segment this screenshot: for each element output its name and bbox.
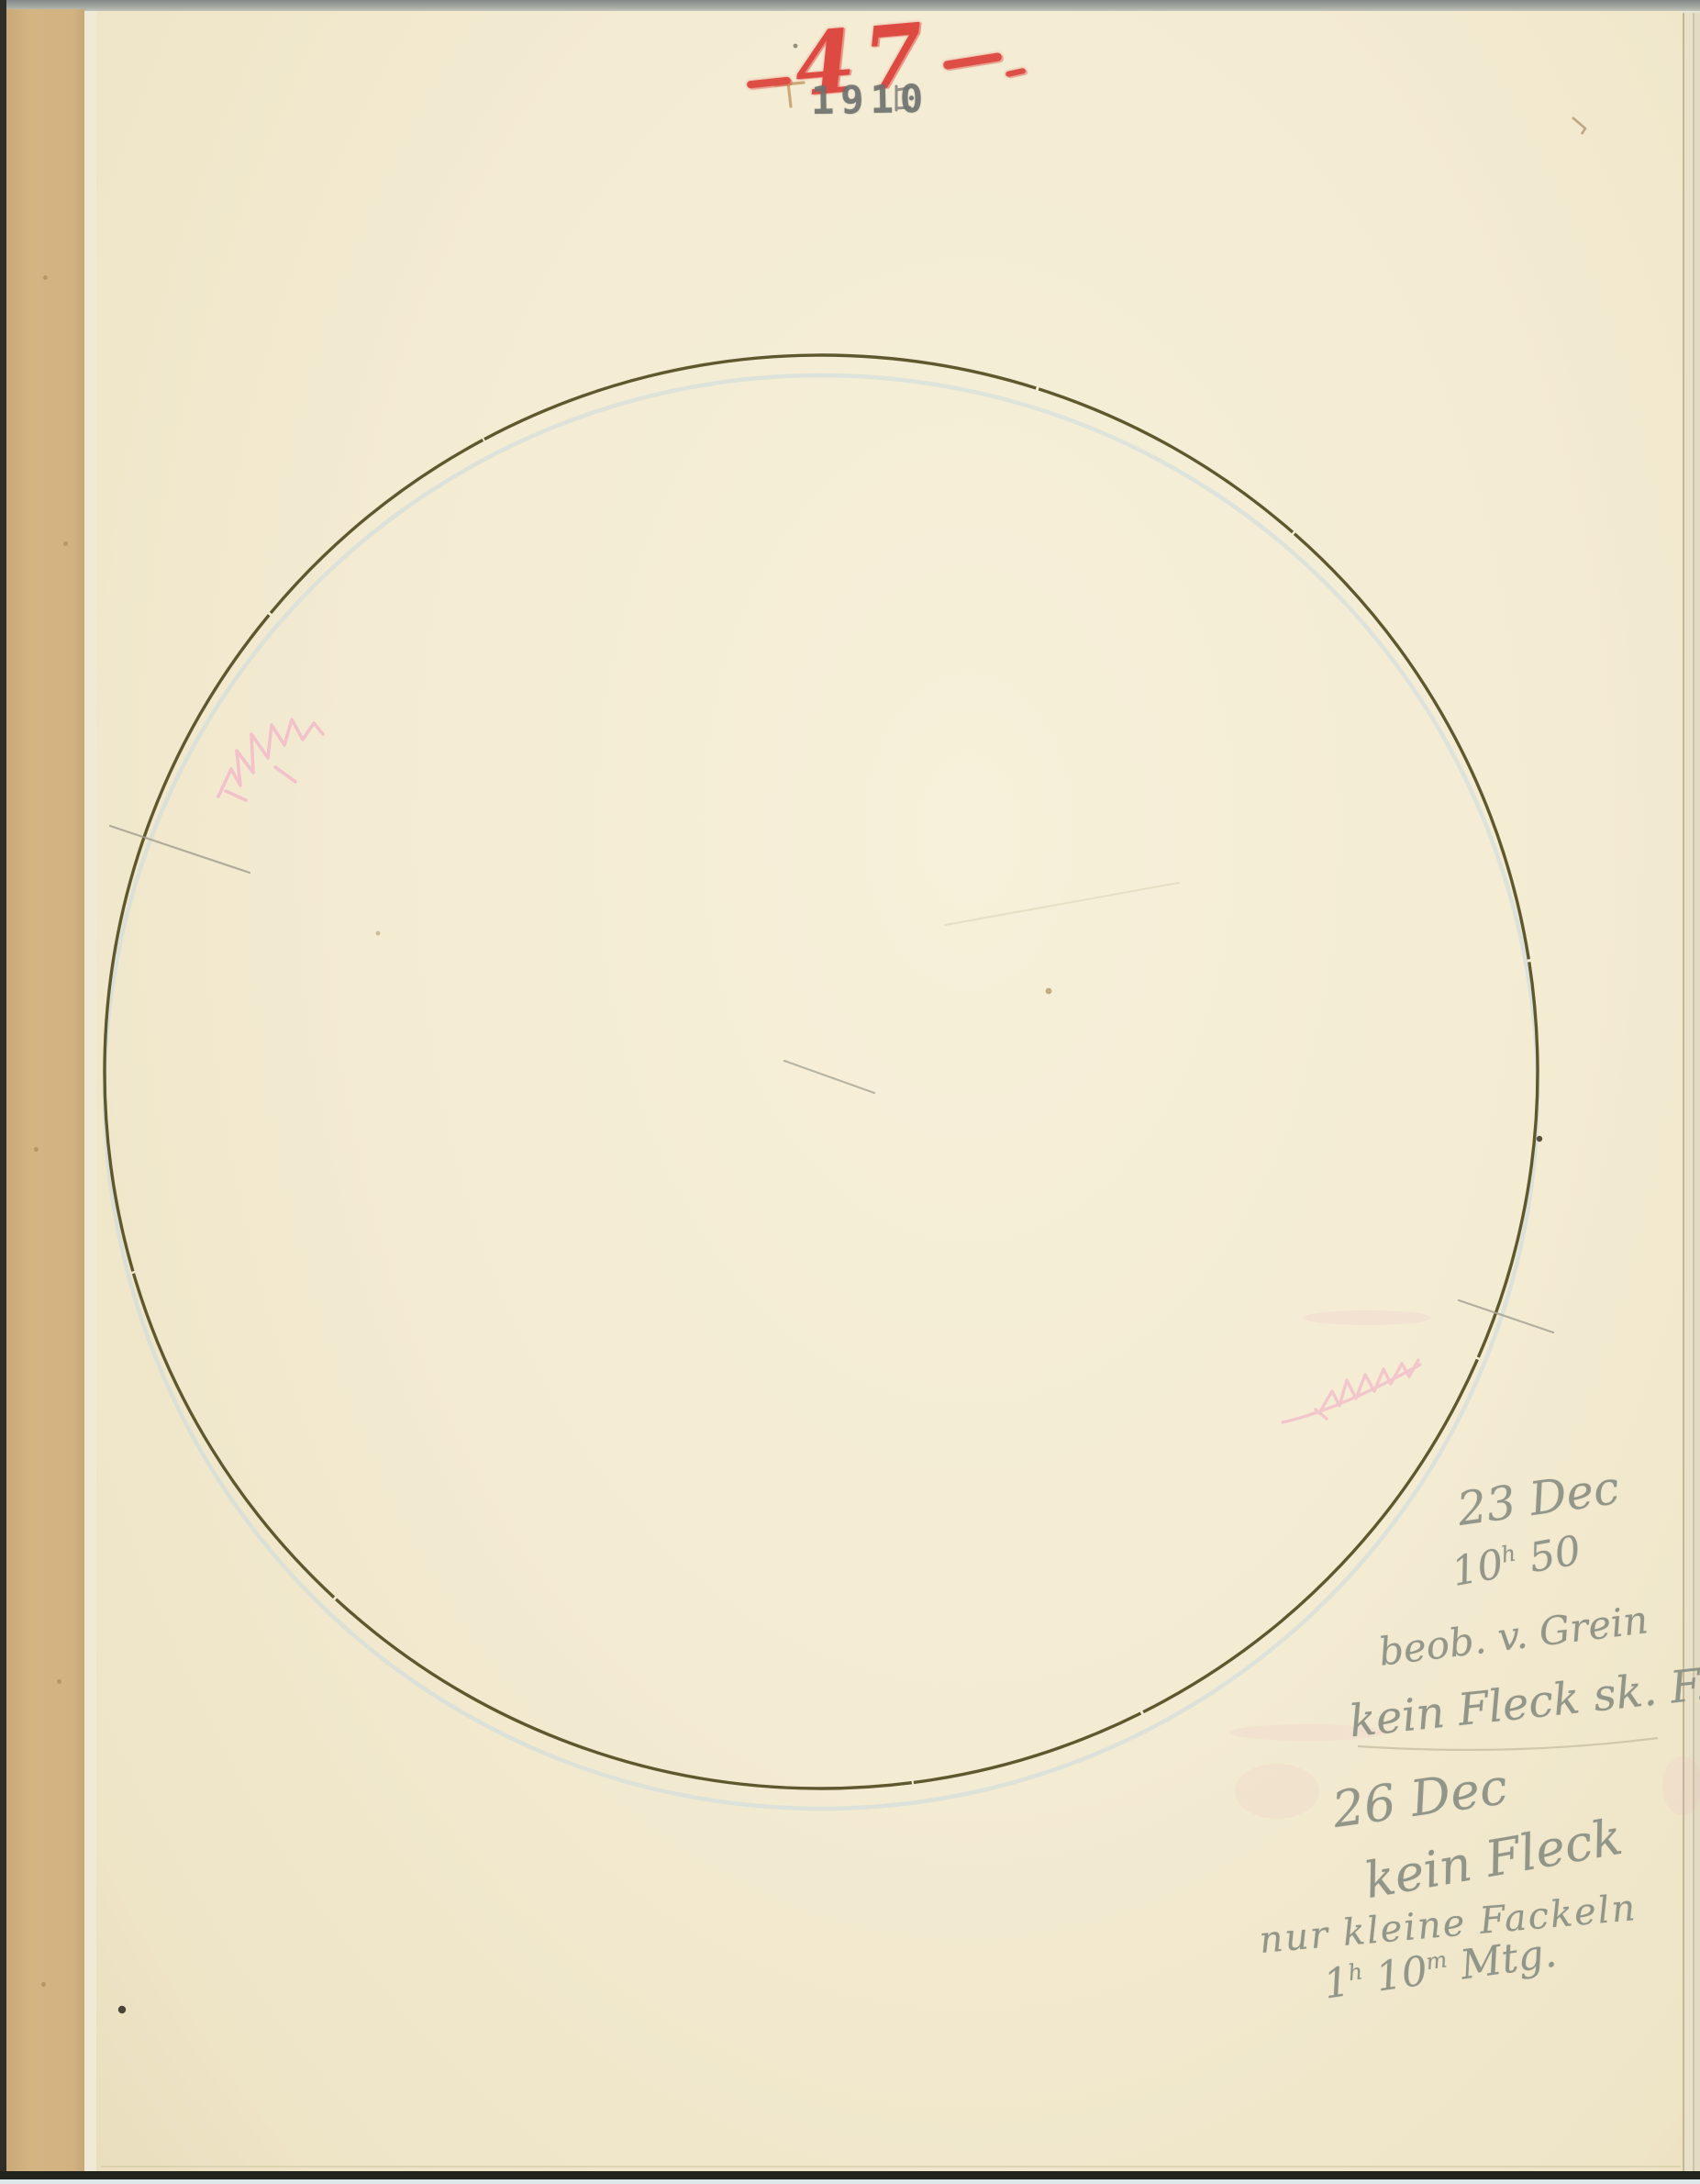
paper-speck — [1046, 988, 1052, 995]
blue-guide-circle — [105, 375, 1538, 1809]
paper-scratch-top-right — [1572, 117, 1585, 134]
note1-time-hours: 10 — [1449, 1541, 1507, 1596]
pink-smudge — [1303, 1310, 1431, 1325]
pencil-scratch-upper-left — [110, 826, 250, 873]
solar-disk-circle — [105, 355, 1538, 1788]
paper-speck — [118, 2006, 126, 2013]
year-stamp: 1910 — [811, 76, 930, 123]
note2-time-minutes-unit: m — [1424, 1946, 1449, 1975]
paper-speck — [376, 931, 381, 936]
pencil-scratch-center — [784, 1061, 874, 1093]
pink-smudge — [1235, 1764, 1319, 1819]
pink-scribble-right — [1283, 1360, 1420, 1422]
note1-time-minutes: 50 — [1526, 1527, 1584, 1582]
pink-scribble-upper-left — [218, 719, 323, 800]
paper-speck — [1537, 1136, 1542, 1142]
pink-smudge — [1662, 1756, 1700, 1815]
note2-time-minutes: 10 — [1373, 1947, 1431, 2000]
paper-crease-line — [945, 883, 1179, 925]
note2-time-hours-unit: h — [1347, 1958, 1364, 1986]
